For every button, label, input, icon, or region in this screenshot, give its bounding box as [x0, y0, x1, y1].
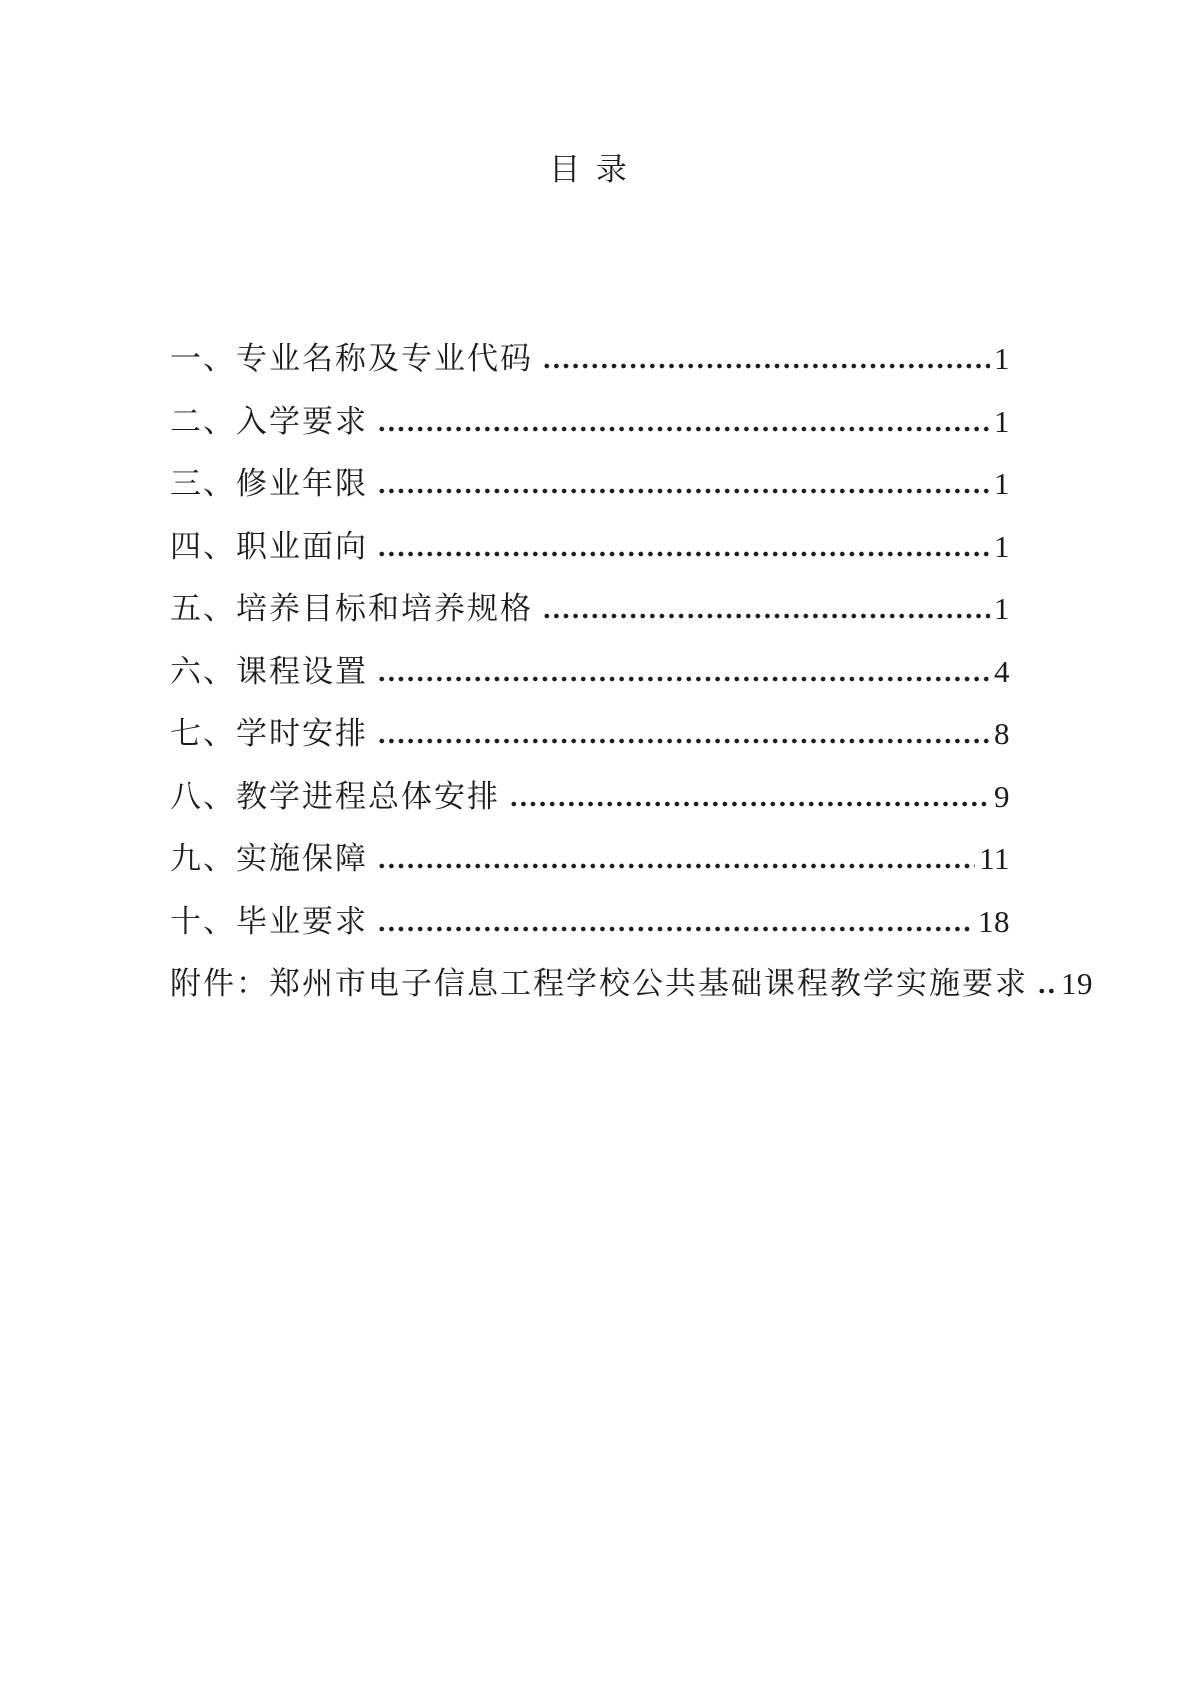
toc-entry-page: 1 [994, 453, 1010, 516]
toc-entry[interactable]: 附件：郑州市电子信息工程学校公共基础课程教学实施要求 19 [170, 953, 1010, 1016]
toc-entry-label: 九、实施保障 [170, 828, 368, 891]
toc-dot-leader [1037, 988, 1057, 994]
toc-entry-label: 二、入学要求 [170, 391, 368, 454]
toc-dot-leader [509, 801, 990, 807]
toc-entry-page: 18 [978, 891, 1010, 954]
toc-entry[interactable]: 五、培养目标和培养规格 1 [170, 578, 1010, 641]
toc-dot-leader [377, 551, 990, 557]
toc-dot-leader [542, 613, 990, 619]
toc-dot-leader [377, 863, 975, 869]
document-page: 目 录 一、专业名称及专业代码 1 二、入学要求 1 三、修业年限 1 四、职业… [0, 0, 1191, 1684]
toc-entry[interactable]: 八、教学进程总体安排 9 [170, 766, 1010, 829]
toc-entry-label: 六、课程设置 [170, 641, 368, 704]
toc-entry-page: 11 [979, 828, 1010, 891]
toc-dot-leader [377, 738, 990, 744]
toc-entry-label: 三、修业年限 [170, 453, 368, 516]
toc-entry[interactable]: 十、毕业要求 18 [170, 891, 1010, 954]
toc-dot-leader [377, 676, 990, 682]
toc-entry-page: 1 [994, 578, 1010, 641]
toc-entry-page: 1 [994, 516, 1010, 579]
toc-list: 一、专业名称及专业代码 1 二、入学要求 1 三、修业年限 1 四、职业面向 1… [170, 328, 1010, 1016]
toc-dot-leader [542, 363, 990, 369]
toc-entry[interactable]: 一、专业名称及专业代码 1 [170, 328, 1010, 391]
toc-entry-label: 四、职业面向 [170, 516, 368, 579]
toc-entry-page: 1 [994, 391, 1010, 454]
toc-dot-leader [377, 488, 990, 494]
toc-entry-page: 1 [994, 328, 1010, 391]
toc-entry[interactable]: 三、修业年限 1 [170, 453, 1010, 516]
toc-entry-label: 七、学时安排 [170, 703, 368, 766]
toc-entry-page: 9 [994, 766, 1010, 829]
toc-entry-label: 一、专业名称及专业代码 [170, 328, 533, 391]
page-title: 目 录 [170, 144, 1010, 196]
toc-entry-page: 4 [994, 641, 1010, 704]
toc-entry[interactable]: 二、入学要求 1 [170, 391, 1010, 454]
toc-dot-leader [377, 926, 974, 932]
toc-entry-label: 五、培养目标和培养规格 [170, 578, 533, 641]
toc-entry-label: 附件：郑州市电子信息工程学校公共基础课程教学实施要求 [170, 953, 1028, 1016]
toc-entry-label: 八、教学进程总体安排 [170, 766, 500, 829]
toc-entry-page: 19 [1061, 953, 1093, 1016]
toc-entry-page: 8 [994, 703, 1010, 766]
toc-entry[interactable]: 九、实施保障 11 [170, 828, 1010, 891]
toc-entry[interactable]: 七、学时安排 8 [170, 703, 1010, 766]
toc-entry-label: 十、毕业要求 [170, 891, 368, 954]
toc-entry[interactable]: 四、职业面向 1 [170, 516, 1010, 579]
toc-entry[interactable]: 六、课程设置 4 [170, 641, 1010, 704]
toc-dot-leader [377, 426, 990, 432]
